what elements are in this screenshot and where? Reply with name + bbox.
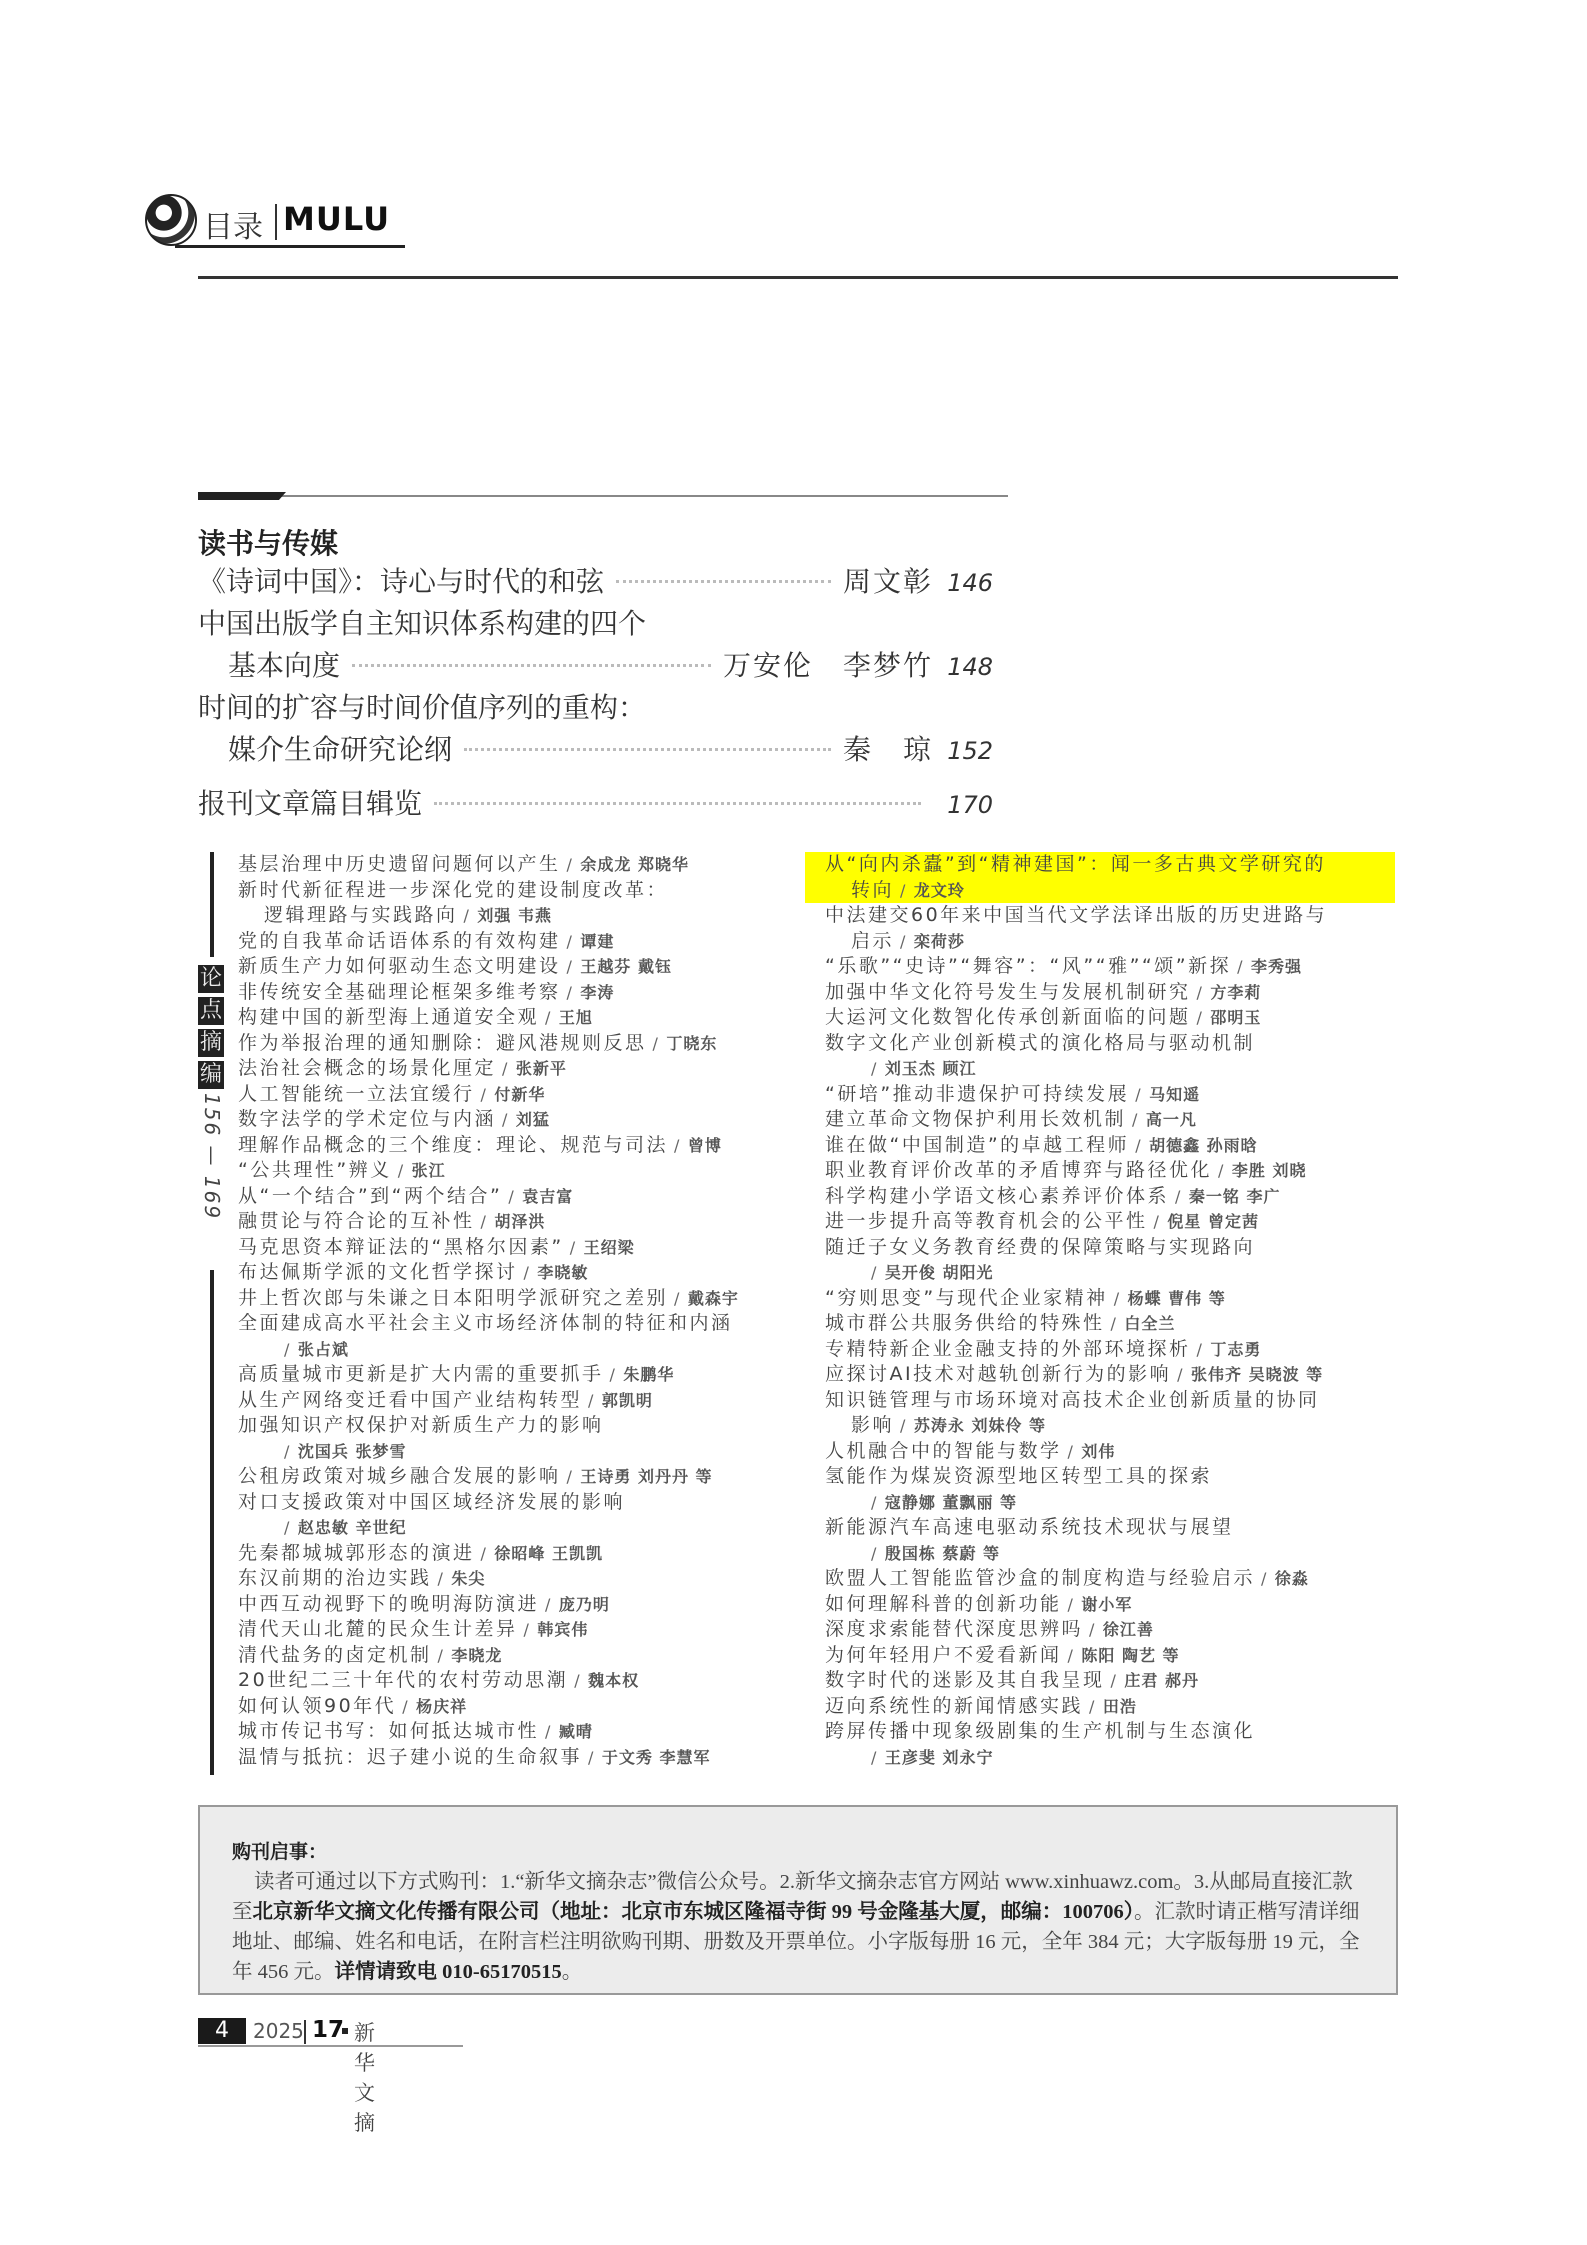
article-title: 知识链管理与市场环境对高技术企业创新质量的协同	[825, 1389, 1320, 1411]
article-entry[interactable]: 数字法学的学术定位与内涵/刘猛	[238, 1107, 778, 1133]
digest-label-char: 论	[198, 965, 224, 993]
article-authors: 龙文玲	[914, 881, 965, 900]
article-authors: 刘猛	[516, 1110, 550, 1129]
toc-entry-author: 秦 琼	[843, 728, 933, 768]
article-title-line: 构建中国的新型海上通道安全观/王旭	[238, 1005, 778, 1031]
article-entry[interactable]: 进一步提升高等教育机会的公平性/倪星 曾定茜	[825, 1209, 1385, 1235]
article-authors: 庄君 郝丹	[1124, 1671, 1199, 1690]
header-underline	[175, 245, 405, 248]
article-entry[interactable]: 理解作品概念的三个维度：理论、规范与司法/曾博	[238, 1133, 778, 1159]
article-entry[interactable]: 深度求索能替代深度思辨吗/徐江善	[825, 1617, 1385, 1643]
article-title: 清代天山北麓的民众生计差异	[238, 1618, 518, 1640]
article-title-line: 氢能作为煤炭资源型地区转型工具的探索	[825, 1464, 1385, 1490]
article-authors: 张占斌	[298, 1340, 349, 1359]
article-entry[interactable]: 从“向内杀蠹”到“精神建国”：闻一多古典文学研究的转向/龙文玲	[805, 852, 1395, 903]
article-title: “公共理性”辨义	[238, 1159, 392, 1181]
article-author-line: /王彦斐 刘永宁	[825, 1745, 1385, 1771]
article-entry[interactable]: 迈向系统性的新闻情感实践/田浩	[825, 1694, 1385, 1720]
leader-dots	[616, 580, 831, 583]
article-entry[interactable]: 新能源汽车高速电驱动系统技术现状与展望/殷国栋 蔡蔚 等	[825, 1515, 1385, 1566]
article-authors: 杨蝶 曹伟 等	[1128, 1289, 1226, 1308]
digest-label-char: 编	[198, 1061, 224, 1089]
article-title-line: 建立革命文物保护利用长效机制/高一凡	[825, 1107, 1385, 1133]
toc-entry-title: 时间的扩容与时间价值序列的重构：	[198, 686, 646, 726]
article-authors: 陈阳 陶艺 等	[1081, 1646, 1179, 1665]
author-separator: /	[502, 1059, 510, 1078]
author-separator: /	[1111, 1314, 1119, 1333]
author-separator: /	[567, 932, 575, 951]
article-authors: 殷国栋 蔡蔚 等	[885, 1544, 1000, 1563]
article-title-line: 迈向系统性的新闻情感实践/田浩	[825, 1694, 1385, 1720]
article-title-line: 20世纪二三十年代的农村劳动思潮/魏本权	[238, 1668, 778, 1694]
article-title: 城市传记书写：如何抵达城市性	[238, 1720, 539, 1742]
article-entry[interactable]: 随迁子女义务教育经费的保障策略与实现路向/吴开俊 胡阳光	[825, 1235, 1385, 1286]
article-title: 加强中华文化符号发生与发展机制研究	[825, 981, 1191, 1003]
author-separator: /	[1068, 1646, 1076, 1665]
notice-text: 。	[562, 1961, 583, 1983]
author-separator: /	[1111, 1671, 1119, 1690]
article-title-line: 清代盐务的卤定机制/李晓龙	[238, 1643, 778, 1669]
author-separator: /	[398, 1161, 406, 1180]
article-title-line: 清代天山北麓的民众生计差异/韩宾伟	[238, 1617, 778, 1643]
author-separator: /	[508, 1187, 516, 1206]
article-authors: 刘强 韦燕	[477, 906, 552, 925]
purchase-notice: 购刊启事： 读者可通过以下方式购刊：1.“新华文摘杂志”微信公众号。2.新华文摘…	[198, 1805, 1398, 1995]
article-authors: 苏涛永 刘妹伶 等	[914, 1416, 1046, 1435]
article-title-line: 法治社会概念的场景化厘定/张新平	[238, 1056, 778, 1082]
author-separator: /	[871, 1059, 879, 1078]
article-title-line: 人机融合中的智能与数学/刘伟	[825, 1439, 1385, 1465]
author-separator: /	[1261, 1569, 1269, 1588]
article-entry[interactable]: 谁在做“中国制造”的卓越工程师/胡德鑫 孙雨晗	[825, 1133, 1385, 1159]
article-title-line: 如何理解科普的创新功能/谢小军	[825, 1592, 1385, 1618]
article-entry[interactable]: 应探讨AI技术对越轨创新行为的影响/张伟齐 吴晓波 等	[825, 1362, 1385, 1388]
author-separator: /	[588, 1391, 596, 1410]
article-entry[interactable]: 科学构建小学语文核心素养评价体系/秦一铭 李广	[825, 1184, 1385, 1210]
article-title-line: 融贯论与符合论的互补性/胡泽洪	[238, 1209, 778, 1235]
toc-entry-title-cont: 基本向度	[228, 644, 340, 684]
side-rule-top	[210, 852, 214, 957]
footer-year: 2025	[253, 2019, 304, 2043]
article-entry[interactable]: 马克思资本辩证法的“黑格尔因素”/王绍梁	[238, 1235, 778, 1261]
toc-entry-title: 中国出版学自主知识体系构建的四个	[198, 602, 646, 642]
article-entry[interactable]: 为何年轻用户不爱看新闻/陈阳 陶艺 等	[825, 1643, 1385, 1669]
footer-bullet	[342, 2028, 348, 2034]
author-separator: /	[545, 1595, 553, 1614]
notice-phone: 详情请致电 010-65170515	[335, 1961, 562, 1983]
leader-dots	[464, 748, 831, 751]
article-entry[interactable]: 东汉前期的治边实践/朱尖	[238, 1566, 778, 1592]
article-authors: 朱尖	[451, 1569, 485, 1588]
article-authors: 胡德鑫 孙雨晗	[1149, 1136, 1258, 1155]
article-title-line: 随迁子女义务教育经费的保障策略与实现路向	[825, 1235, 1385, 1261]
article-entry[interactable]: 数字时代的迷影及其自我呈现/庄君 郝丹	[825, 1668, 1385, 1694]
toc-entry[interactable]: 时间的扩容与时间价值序列的重构：	[198, 686, 993, 728]
article-title-line: 从“一个结合”到“两个结合”/袁吉富	[238, 1184, 778, 1210]
article-authors: 杨庆祥	[416, 1697, 467, 1716]
article-author-line: /赵忠敏 辛世纪	[238, 1515, 778, 1541]
article-authors: 胡泽洪	[494, 1212, 545, 1231]
article-title: 融贯论与符合论的互补性	[238, 1210, 475, 1232]
article-entry[interactable]: 大运河文化数智化传承创新面临的问题/邵明玉	[825, 1005, 1385, 1031]
article-title-line: 作为举报治理的通知删除：避风港规则反思/丁晓东	[238, 1031, 778, 1057]
author-separator: /	[567, 957, 575, 976]
author-separator: /	[284, 1340, 292, 1359]
article-authors: 余成龙 郑晓华	[580, 855, 689, 874]
article-entry[interactable]: “乐歌”“史诗”“舞容”：“风”“雅”“颂”新探/李秀强	[825, 954, 1385, 980]
article-title: 迈向系统性的新闻情感实践	[825, 1695, 1083, 1717]
article-title-line: “公共理性”辨义/张江	[238, 1158, 778, 1184]
article-title: 全面建成高水平社会主义市场经济体制的特征和内涵	[238, 1312, 733, 1334]
article-title: 如何理解科普的创新功能	[825, 1593, 1062, 1615]
author-separator: /	[502, 1110, 510, 1129]
author-separator: /	[438, 1646, 446, 1665]
article-title: 公租房政策对城乡融合发展的影响	[238, 1465, 561, 1487]
article-title: 欧盟人工智能监管沙盒的制度构造与经验启示	[825, 1567, 1255, 1589]
article-entry[interactable]: 如何理解科普的创新功能/谢小军	[825, 1592, 1385, 1618]
article-authors: 吴开俊 胡阳光	[885, 1263, 994, 1282]
article-authors: 田浩	[1103, 1697, 1137, 1716]
article-title: 马克思资本辩证法的“黑格尔因素”	[238, 1236, 564, 1258]
article-authors: 丁晓东	[666, 1034, 717, 1053]
author-separator: /	[567, 1467, 575, 1486]
author-separator: /	[1175, 1187, 1183, 1206]
toc-entry-author: 万安伦 李梦竹	[723, 644, 933, 684]
toc-entry-page: 170	[933, 791, 993, 819]
article-entry[interactable]: 温情与抵抗：迟子建小说的生命叙事/于文秀 李慧军	[238, 1745, 778, 1771]
article-title-line: 基层治理中历史遗留问题何以产生/余成龙 郑晓华	[238, 852, 778, 878]
article-title-line: 数字文化产业创新模式的演化格局与驱动机制	[825, 1031, 1385, 1057]
article-title: 人工智能统一立法宜缓行	[238, 1083, 475, 1105]
article-title: 新时代新征程进一步深化党的建设制度改革：	[238, 879, 668, 901]
article-authors: 徐淼	[1275, 1569, 1309, 1588]
article-entry[interactable]: 如何认领90年代/杨庆祥	[238, 1694, 778, 1720]
author-separator: /	[871, 1544, 879, 1563]
article-title-line: 党的自我革命话语体系的有效构建/谭建	[238, 929, 778, 955]
author-separator: /	[674, 1136, 682, 1155]
article-entry[interactable]: “研培”推动非遗保护可持续发展/马知遥	[825, 1082, 1385, 1108]
article-authors: 高一凡	[1146, 1110, 1197, 1129]
author-separator: /	[567, 855, 575, 874]
article-authors: 李秀强	[1251, 957, 1302, 976]
article-authors: 张江	[412, 1161, 446, 1180]
article-title: 中法建交60年来中国当代文学法译出版的历史进路与	[825, 904, 1327, 926]
article-authors: 于文秀 李慧军	[602, 1748, 711, 1767]
toc-entry-title-cont: 媒介生命研究论纲	[228, 728, 452, 768]
article-entry[interactable]: 知识链管理与市场环境对高技术企业创新质量的协同影响/苏涛永 刘妹伶 等	[825, 1388, 1385, 1439]
article-entry[interactable]: 布达佩斯学派的文化哲学探讨/李晓敏	[238, 1260, 778, 1286]
article-authors: 曾博	[688, 1136, 722, 1155]
article-authors: 栾荷莎	[914, 932, 965, 951]
article-title: 氢能作为煤炭资源型地区转型工具的探索	[825, 1465, 1212, 1487]
article-entry[interactable]: 中西互动视野下的晚明海防演进/庞乃明	[238, 1592, 778, 1618]
toc-entry-page: 152	[933, 737, 993, 765]
section-divider-accent	[198, 492, 286, 500]
footer-magazine-name: 新华文摘	[354, 2017, 375, 2137]
article-title-line: 加强知识产权保护对新质生产力的影响	[238, 1413, 778, 1439]
article-authors: 臧晴	[559, 1722, 593, 1741]
article-title-line: “乐歌”“史诗”“舞容”：“风”“雅”“颂”新探/李秀强	[825, 954, 1385, 980]
digest-page-range: 156 — 169	[200, 1093, 224, 1220]
article-title: 先秦都城城郭形态的演进	[238, 1542, 475, 1564]
article-title-line: 理解作品概念的三个维度：理论、规范与司法/曾博	[238, 1133, 778, 1159]
article-entry[interactable]: 职业教育评价改革的矛盾博弈与路径优化/李胜 刘晓	[825, 1158, 1385, 1184]
article-entry[interactable]: 法治社会概念的场景化厘定/张新平	[238, 1056, 778, 1082]
author-separator: /	[1132, 1110, 1140, 1129]
article-authors: 寇静娜 董飘丽 等	[885, 1493, 1017, 1512]
article-title: 进一步提升高等教育机会的公平性	[825, 1210, 1148, 1232]
article-authors: 沈国兵 张梦雪	[298, 1442, 407, 1461]
article-title: 深度求索能替代深度思辨吗	[825, 1618, 1083, 1640]
header-separator	[275, 204, 277, 240]
article-title: 20世纪二三十年代的农村劳动思潮	[238, 1669, 568, 1691]
article-title-line: “研培”推动非遗保护可持续发展/马知遥	[825, 1082, 1385, 1108]
author-separator: /	[545, 1008, 553, 1027]
article-entry[interactable]: 欧盟人工智能监管沙盒的制度构造与经验启示/徐淼	[825, 1566, 1385, 1592]
article-entry[interactable]: 城市群公共服务供给的特殊性/白全兰	[825, 1311, 1385, 1337]
article-authors: 王彦斐 刘永宁	[885, 1748, 994, 1767]
toc-header: 目录 MULU	[145, 190, 405, 250]
article-title-cont: 逻辑理路与实践路向	[264, 904, 458, 926]
article-entry[interactable]: 加强中华文化符号发生与发展机制研究/方李莉	[825, 980, 1385, 1006]
article-entry[interactable]: 城市传记书写：如何抵达城市性/臧晴	[238, 1719, 778, 1745]
article-entry[interactable]: 党的自我革命话语体系的有效构建/谭建	[238, 929, 778, 955]
article-authors: 魏本权	[588, 1671, 639, 1690]
author-separator: /	[481, 1085, 489, 1104]
article-title: 法治社会概念的场景化厘定	[238, 1057, 496, 1079]
article-entry[interactable]: 人工智能统一立法宜缓行/付新华	[238, 1082, 778, 1108]
article-entry[interactable]: 新质生产力如何驱动生态文明建设/王越芬 戴钰	[238, 954, 778, 980]
article-title-line: 非传统安全基础理论框架多维考察/李涛	[238, 980, 778, 1006]
toc-entry[interactable]: 《诗词中国》：诗心与时代的和弦 周文彰 146	[198, 560, 993, 602]
notice-title: 购刊启事：	[232, 1837, 327, 1864]
article-title-line: 大运河文化数智化传承创新面临的问题/邵明玉	[825, 1005, 1385, 1031]
article-title: 布达佩斯学派的文化哲学探讨	[238, 1261, 518, 1283]
article-entry[interactable]: 公租房政策对城乡融合发展的影响/王诗勇 刘丹丹 等	[238, 1464, 778, 1490]
article-title-line: 科学构建小学语文核心素养评价体系/秦一铭 李广	[825, 1184, 1385, 1210]
article-title: 建立革命文物保护利用长效机制	[825, 1108, 1126, 1130]
author-separator: /	[674, 1289, 682, 1308]
page-number: 4	[198, 2018, 246, 2044]
article-title-line: 欧盟人工智能监管沙盒的制度构造与经验启示/徐淼	[825, 1566, 1385, 1592]
article-title: 从“一个结合”到“两个结合”	[238, 1185, 502, 1207]
article-entry[interactable]: 从生产网络变迁看中国产业结构转型/郭凯明	[238, 1388, 778, 1414]
author-separator: /	[1089, 1697, 1097, 1716]
article-entry[interactable]: 清代盐务的卤定机制/李晓龙	[238, 1643, 778, 1669]
article-entry[interactable]: 新时代新征程进一步深化党的建设制度改革：逻辑理路与实践路向/刘强 韦燕	[238, 878, 778, 929]
article-title: 新能源汽车高速电驱动系统技术现状与展望	[825, 1516, 1234, 1538]
author-separator: /	[1068, 1442, 1076, 1461]
article-title-line: 对口支援政策对中国区域经济发展的影响	[238, 1490, 778, 1516]
article-author-line: /吴开俊 胡阳光	[825, 1260, 1385, 1286]
article-title-line: 布达佩斯学派的文化哲学探讨/李晓敏	[238, 1260, 778, 1286]
article-entry[interactable]: 跨屏传播中现象级剧集的生产机制与生态演化/王彦斐 刘永宁	[825, 1719, 1385, 1770]
notice-company-address: 北京新华文摘文化传播有限公司（地址：北京市东城区隆福寺街 99 号金隆基大厦，邮…	[253, 1901, 1135, 1923]
article-authors: 王旭	[559, 1008, 593, 1027]
toc-entry[interactable]: 报刊文章篇目辑览 170	[198, 782, 993, 824]
author-separator: /	[1177, 1365, 1185, 1384]
toc-entry-continuation[interactable]: 基本向度 万安伦 李梦竹 148	[198, 644, 993, 686]
footer-issue: 17	[312, 2017, 344, 2043]
toc-entry-author: 周文彰	[843, 560, 933, 600]
article-title-line: 深度求索能替代深度思辨吗/徐江善	[825, 1617, 1385, 1643]
article-entry[interactable]: 从“一个结合”到“两个结合”/袁吉富	[238, 1184, 778, 1210]
article-authors: 李晓龙	[451, 1646, 502, 1665]
article-title: 对口支援政策对中国区域经济发展的影响	[238, 1491, 625, 1513]
article-title: 科学构建小学语文核心素养评价体系	[825, 1185, 1169, 1207]
article-title: 党的自我革命话语体系的有效构建	[238, 930, 561, 952]
article-entry[interactable]: “公共理性”辨义/张江	[238, 1158, 778, 1184]
article-title-line: 跨屏传播中现象级剧集的生产机制与生态演化	[825, 1719, 1385, 1745]
article-title-continuation: 启示/栾荷莎	[825, 929, 1385, 955]
digest-label-char: 摘	[198, 1029, 224, 1057]
article-authors: 王诗勇 刘丹丹 等	[580, 1467, 712, 1486]
article-authors: 丁志勇	[1210, 1340, 1261, 1359]
author-separator: /	[1218, 1161, 1226, 1180]
article-entry[interactable]: 融贯论与符合论的互补性/胡泽洪	[238, 1209, 778, 1235]
article-title-cont: 启示	[851, 930, 894, 952]
article-entry[interactable]: 人机融合中的智能与数学/刘伟	[825, 1439, 1385, 1465]
article-title: 温情与抵抗：迟子建小说的生命叙事	[238, 1746, 582, 1768]
article-author-line: /张占斌	[238, 1337, 778, 1363]
author-separator: /	[524, 1263, 532, 1282]
author-separator: /	[1237, 957, 1245, 976]
article-entry[interactable]: 高质量城市更新是扩大内需的重要抓手/朱鹏华	[238, 1362, 778, 1388]
section-divider	[198, 495, 1008, 497]
author-separator: /	[900, 1416, 908, 1435]
article-entry[interactable]: 基层治理中历史遗留问题何以产生/余成龙 郑晓华	[238, 852, 778, 878]
article-entry[interactable]: 加强知识产权保护对新质生产力的影响/沈国兵 张梦雪	[238, 1413, 778, 1464]
article-title-line: 东汉前期的治边实践/朱尖	[238, 1566, 778, 1592]
toc-entry-title: 《诗词中国》：诗心与时代的和弦	[198, 560, 604, 600]
article-title: 如何认领90年代	[238, 1695, 396, 1717]
article-entry[interactable]: 建立革命文物保护利用长效机制/高一凡	[825, 1107, 1385, 1133]
article-authors: 倪星 曾定茜	[1167, 1212, 1259, 1231]
article-title-line: 中西互动视野下的晚明海防演进/庞乃明	[238, 1592, 778, 1618]
globe-icon	[145, 194, 197, 246]
article-authors: 郭凯明	[602, 1391, 653, 1410]
article-entry[interactable]: 全面建成高水平社会主义市场经济体制的特征和内涵/张占斌	[238, 1311, 778, 1362]
article-authors: 刘伟	[1081, 1442, 1115, 1461]
toc-entry-continuation[interactable]: 媒介生命研究论纲 秦 琼 152	[198, 728, 993, 770]
toc-entry-title: 报刊文章篇目辑览	[198, 782, 422, 822]
article-authors: 秦一铭 李广	[1189, 1187, 1281, 1206]
article-author-line: /沈国兵 张梦雪	[238, 1439, 778, 1465]
article-authors: 李涛	[580, 983, 614, 1002]
article-title-line: 为何年轻用户不爱看新闻/陈阳 陶艺 等	[825, 1643, 1385, 1669]
article-title-continuation: 转向/龙文玲	[825, 878, 1395, 904]
article-title-line: 高质量城市更新是扩大内需的重要抓手/朱鹏华	[238, 1362, 778, 1388]
article-title-line: 如何认领90年代/杨庆祥	[238, 1694, 778, 1720]
article-entry[interactable]: 非传统安全基础理论框架多维考察/李涛	[238, 980, 778, 1006]
article-entry[interactable]: 井上哲次郎与朱谦之日本阳明学派研究之差别/戴森宇	[238, 1286, 778, 1312]
digest-right-column: 从“向内杀蠹”到“精神建国”：闻一多古典文学研究的转向/龙文玲中法建交60年来中…	[825, 852, 1385, 1770]
author-separator: /	[900, 881, 908, 900]
article-title: 专精特新企业金融支持的外部环境探析	[825, 1338, 1191, 1360]
article-title-line: 数字法学的学术定位与内涵/刘猛	[238, 1107, 778, 1133]
article-title-continuation: 逻辑理路与实践路向/刘强 韦燕	[238, 903, 778, 929]
author-separator: /	[1197, 1008, 1205, 1027]
article-authors: 李胜 刘晓	[1232, 1161, 1307, 1180]
header-title-en: MULU	[283, 200, 390, 238]
article-entry[interactable]: 数字文化产业创新模式的演化格局与驱动机制/刘玉杰 顾江	[825, 1031, 1385, 1082]
article-title-line: 马克思资本辩证法的“黑格尔因素”/王绍梁	[238, 1235, 778, 1261]
article-entry[interactable]: 对口支援政策对中国区域经济发展的影响/赵忠敏 辛世纪	[238, 1490, 778, 1541]
header-title-cn: 目录	[203, 202, 263, 246]
author-separator: /	[871, 1493, 879, 1512]
article-entry[interactable]: 作为举报治理的通知删除：避风港规则反思/丁晓东	[238, 1031, 778, 1057]
toc-entry[interactable]: 中国出版学自主知识体系构建的四个	[198, 602, 993, 644]
author-separator: /	[567, 983, 575, 1002]
article-entry[interactable]: 20世纪二三十年代的农村劳动思潮/魏本权	[238, 1668, 778, 1694]
article-authors: 庞乃明	[559, 1595, 610, 1614]
article-authors: 王绍梁	[584, 1238, 635, 1257]
article-authors: 方李莉	[1210, 983, 1261, 1002]
article-title: 新质生产力如何驱动生态文明建设	[238, 955, 561, 977]
article-title: 基层治理中历史遗留问题何以产生	[238, 853, 561, 875]
author-separator: /	[1135, 1136, 1143, 1155]
article-authors: 张新平	[516, 1059, 567, 1078]
digest-left-column: 基层治理中历史遗留问题何以产生/余成龙 郑晓华新时代新征程进一步深化党的建设制度…	[238, 852, 778, 1770]
author-separator: /	[653, 1034, 661, 1053]
article-title: 城市群公共服务供给的特殊性	[825, 1312, 1105, 1334]
article-title: 井上哲次郎与朱谦之日本阳明学派研究之差别	[238, 1287, 668, 1309]
article-entry[interactable]: 先秦都城城郭形态的演进/徐昭峰 王凯凯	[238, 1541, 778, 1567]
article-entry[interactable]: 清代天山北麓的民众生计差异/韩宾伟	[238, 1617, 778, 1643]
toc-entry-page: 148	[933, 653, 993, 681]
article-title-line: 职业教育评价改革的矛盾博弈与路径优化/李胜 刘晓	[825, 1158, 1385, 1184]
article-title-line: “穷则思变”与现代企业家精神/杨蝶 曹伟 等	[825, 1286, 1385, 1312]
article-title: 从生产网络变迁看中国产业结构转型	[238, 1389, 582, 1411]
article-entry[interactable]: 氢能作为煤炭资源型地区转型工具的探索/寇静娜 董飘丽 等	[825, 1464, 1385, 1515]
article-title-line: 先秦都城城郭形态的演进/徐昭峰 王凯凯	[238, 1541, 778, 1567]
article-title: 随迁子女义务教育经费的保障策略与实现路向	[825, 1236, 1255, 1258]
article-entry[interactable]: 构建中国的新型海上通道安全观/王旭	[238, 1005, 778, 1031]
article-title: 职业教育评价改革的矛盾博弈与路径优化	[825, 1159, 1212, 1181]
article-title-line: 城市传记书写：如何抵达城市性/臧晴	[238, 1719, 778, 1745]
author-separator: /	[402, 1697, 410, 1716]
top-divider	[198, 276, 1398, 279]
article-title-cont: 影响	[851, 1414, 894, 1436]
article-title-line: 新时代新征程进一步深化党的建设制度改革：	[238, 878, 778, 904]
article-entry[interactable]: 专精特新企业金融支持的外部环境探析/丁志勇	[825, 1337, 1385, 1363]
article-authors: 王越芬 戴钰	[580, 957, 672, 976]
footer-underline	[198, 2045, 463, 2047]
leader-dots	[434, 802, 921, 805]
article-author-line: /殷国栋 蔡蔚 等	[825, 1541, 1385, 1567]
article-authors: 刘玉杰 顾江	[885, 1059, 977, 1078]
article-title: 大运河文化数智化传承创新面临的问题	[825, 1006, 1191, 1028]
article-authors: 付新华	[494, 1085, 545, 1104]
reading-media-toc: 《诗词中国》：诗心与时代的和弦 周文彰 146 中国出版学自主知识体系构建的四个…	[198, 560, 993, 824]
article-title: 为何年轻用户不爱看新闻	[825, 1644, 1062, 1666]
article-authors: 马知遥	[1149, 1085, 1200, 1104]
article-entry[interactable]: 中法建交60年来中国当代文学法译出版的历史进路与启示/栾荷莎	[825, 903, 1385, 954]
article-authors: 赵忠敏 辛世纪	[298, 1518, 407, 1537]
article-title-line: 公租房政策对城乡融合发展的影响/王诗勇 刘丹丹 等	[238, 1464, 778, 1490]
article-author-line: /刘玉杰 顾江	[825, 1056, 1385, 1082]
digest-label-char: 点	[198, 997, 224, 1025]
article-title: 清代盐务的卤定机制	[238, 1644, 432, 1666]
article-authors: 徐江善	[1103, 1620, 1154, 1639]
article-entry[interactable]: “穷则思变”与现代企业家精神/杨蝶 曹伟 等	[825, 1286, 1385, 1312]
author-separator: /	[871, 1748, 879, 1767]
author-separator: /	[1114, 1289, 1122, 1308]
article-title-line: 城市群公共服务供给的特殊性/白全兰	[825, 1311, 1385, 1337]
article-title-line: 井上哲次郎与朱谦之日本阳明学派研究之差别/戴森宇	[238, 1286, 778, 1312]
article-title: 东汉前期的治边实践	[238, 1567, 432, 1589]
article-title-line: 从“向内杀蠹”到“精神建国”：闻一多古典文学研究的	[825, 852, 1395, 878]
